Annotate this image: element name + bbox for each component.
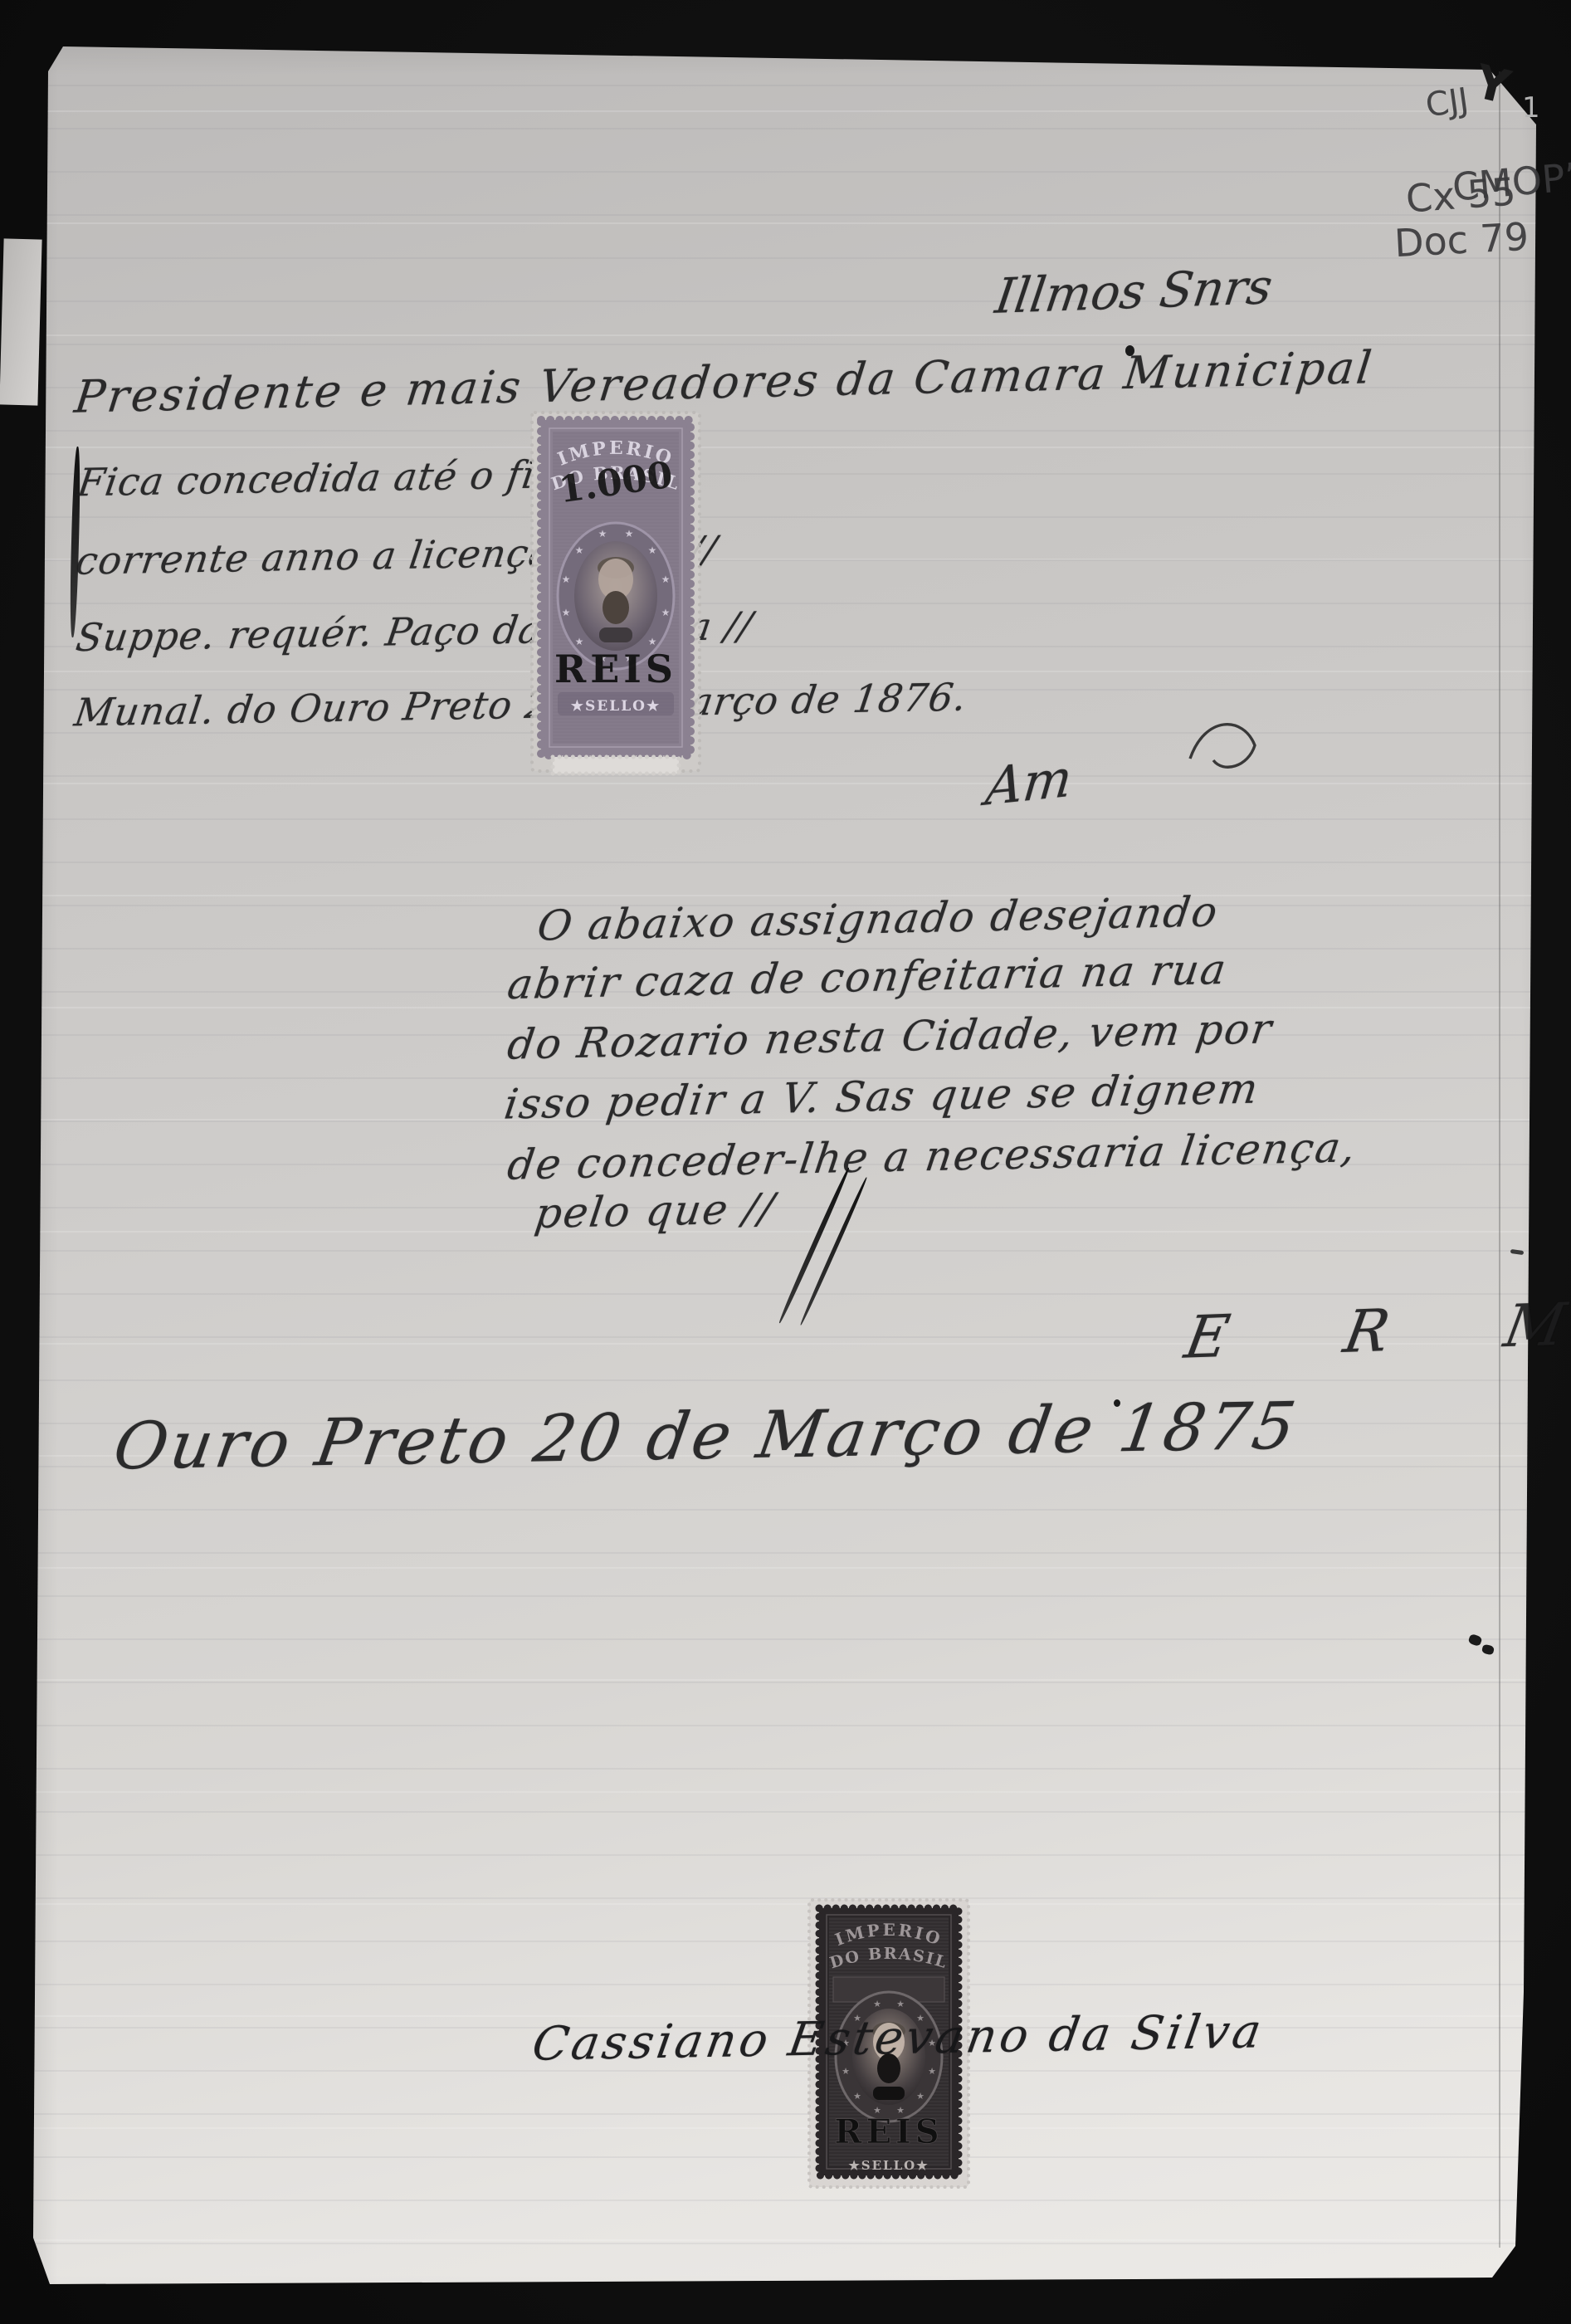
courtesy-initials: E R M bbox=[1180, 1289, 1571, 1372]
svg-text:★: ★ bbox=[648, 544, 657, 556]
despacho-rubric: Am bbox=[983, 752, 1075, 813]
page-number: 1 bbox=[1522, 91, 1540, 124]
archival-box-label: Cx 55 bbox=[1405, 172, 1517, 217]
stamp-sello-label: ★SELLO★ bbox=[848, 2158, 929, 2173]
svg-text:★: ★ bbox=[661, 607, 671, 618]
scanned-document: CJJ CMOP’4 Cx 55 Doc 79 Y 1 Illmos Snrs … bbox=[0, 0, 1571, 2324]
svg-text:★: ★ bbox=[648, 636, 657, 647]
svg-text:★: ★ bbox=[916, 2091, 925, 2102]
svg-text:★: ★ bbox=[928, 2066, 936, 2077]
svg-text:★: ★ bbox=[842, 2066, 850, 2077]
svg-text:★: ★ bbox=[575, 636, 584, 647]
stamp-overprint-unit: REIS bbox=[834, 2112, 943, 2151]
ink-dot bbox=[1125, 345, 1134, 356]
salutation-line: Illmos Snrs bbox=[993, 262, 1276, 320]
rubric-flourish-icon bbox=[1185, 710, 1265, 777]
svg-text:★: ★ bbox=[661, 574, 671, 585]
dateline: Ouro Preto 20 de Março de 1875 bbox=[110, 1394, 1303, 1479]
ink-dot bbox=[1114, 1399, 1120, 1407]
paper-crease bbox=[1499, 71, 1500, 2248]
svg-text:★: ★ bbox=[562, 607, 571, 618]
svg-text:★: ★ bbox=[575, 544, 584, 556]
svg-text:★: ★ bbox=[625, 528, 634, 539]
svg-text:★: ★ bbox=[853, 2091, 861, 2102]
archival-collection-code: CJJ bbox=[1423, 84, 1471, 123]
stamp-sello-label: ★SELLO★ bbox=[571, 698, 661, 715]
svg-text:★: ★ bbox=[896, 1999, 905, 2009]
svg-text:★: ★ bbox=[873, 1999, 881, 2009]
signature-line: Cassiano Estevano da Silva bbox=[529, 2009, 1267, 2068]
stamp-overprint-unit: REIS bbox=[554, 647, 677, 691]
revenue-stamp-top: IMPERIO DO BRASIL ★★★ ★★★ ★★★ ★★★ 1.000 … bbox=[528, 408, 704, 780]
archival-doc-label: Doc 79 bbox=[1393, 217, 1530, 262]
petition-line-6: pelo que // bbox=[533, 1188, 778, 1234]
underlying-sheet-edge bbox=[0, 238, 42, 405]
svg-text:★: ★ bbox=[598, 528, 607, 539]
svg-text:★: ★ bbox=[562, 574, 571, 585]
